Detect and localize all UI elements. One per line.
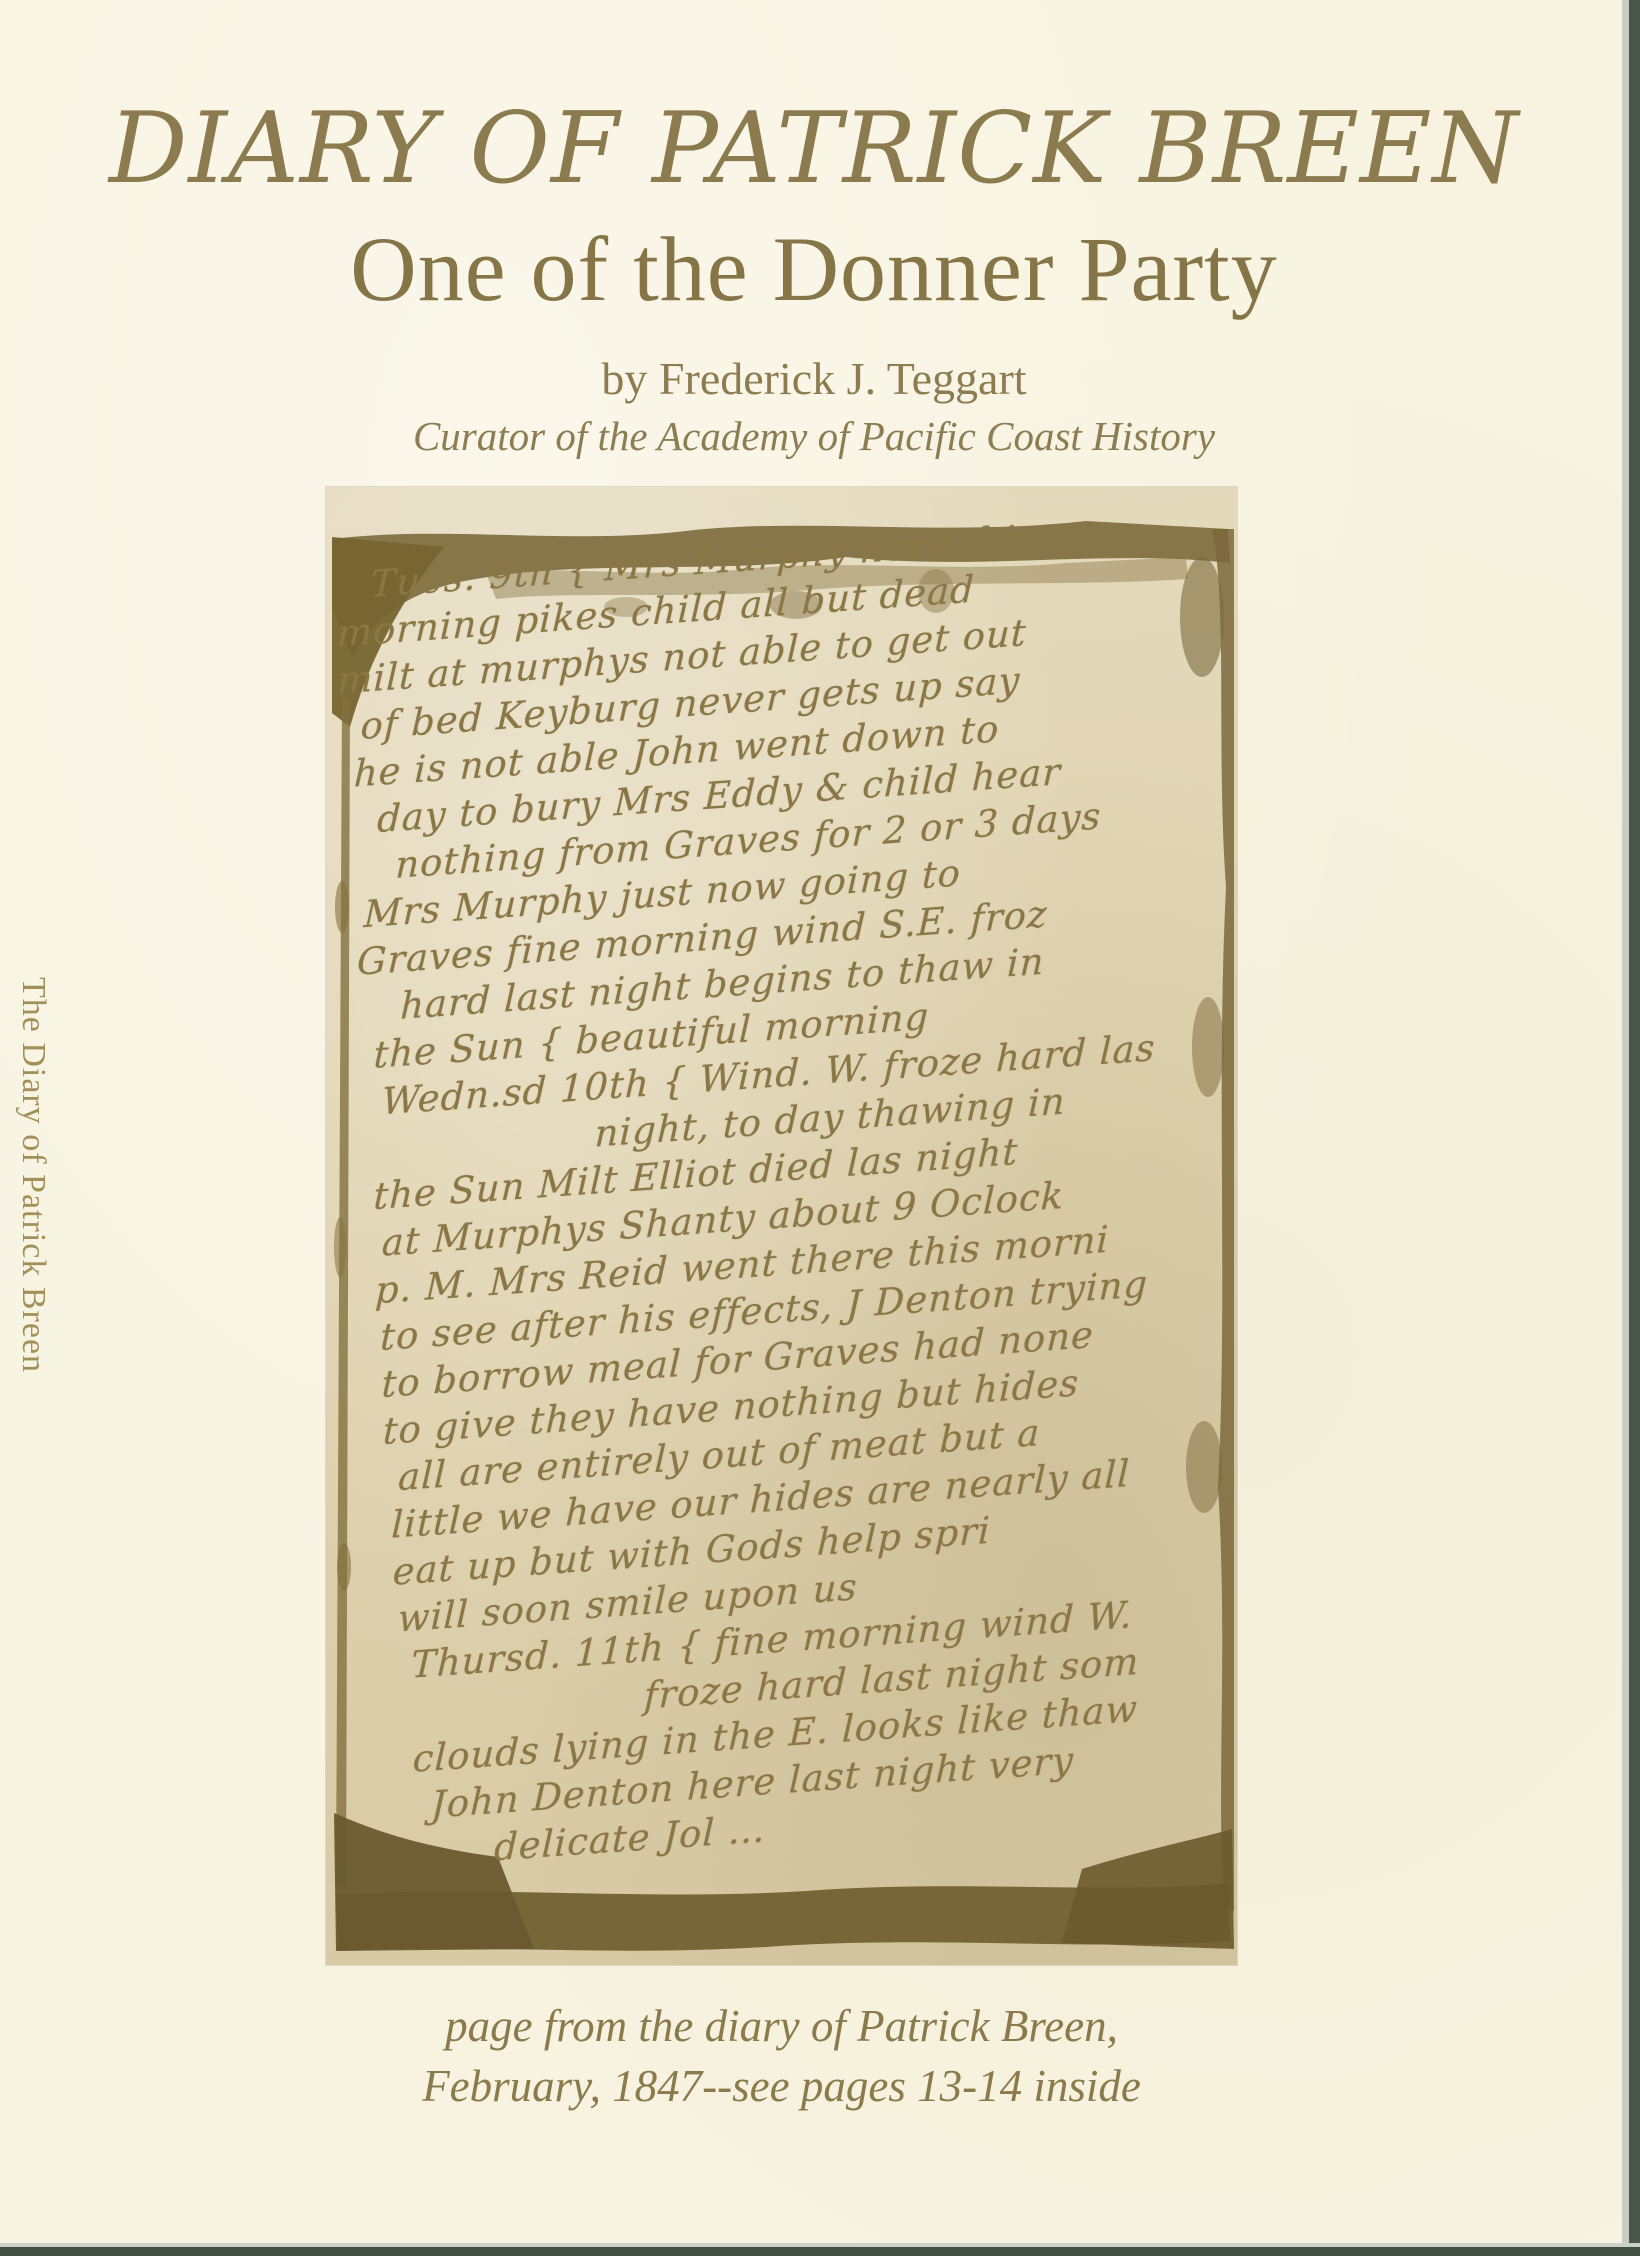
photo-caption: page from the diary of Patrick Breen, Fe… — [326, 1996, 1237, 2117]
spine: The Diary of Patrick Breen — [0, 952, 66, 1398]
scan-edge-right-sliver — [1622, 0, 1629, 2256]
diary-handwriting: Tues. 9th { Mrs Murphy here thismorning … — [314, 507, 1256, 1933]
author-role: Curator of the Academy of Pacific Coast … — [0, 412, 1628, 460]
photo-caption-line1: page from the diary of Patrick Breen, — [326, 1996, 1237, 2056]
photo-caption-line2: February, 1847--see pages 13-14 inside — [326, 2056, 1237, 2116]
byline: by Frederick J. Teggart — [0, 352, 1628, 405]
page-title: DIARY OF PATRICK BREEN — [0, 92, 1628, 206]
page-subtitle: One of the Donner Party — [0, 216, 1628, 322]
spine-title: The Diary of Patrick Breen — [14, 977, 52, 1373]
diary-page-photo: Tues. 9th { Mrs Murphy here thismorning … — [326, 487, 1237, 1965]
scan-edge-bottom — [0, 2247, 1640, 2256]
scan-edge-right — [1629, 0, 1640, 2256]
